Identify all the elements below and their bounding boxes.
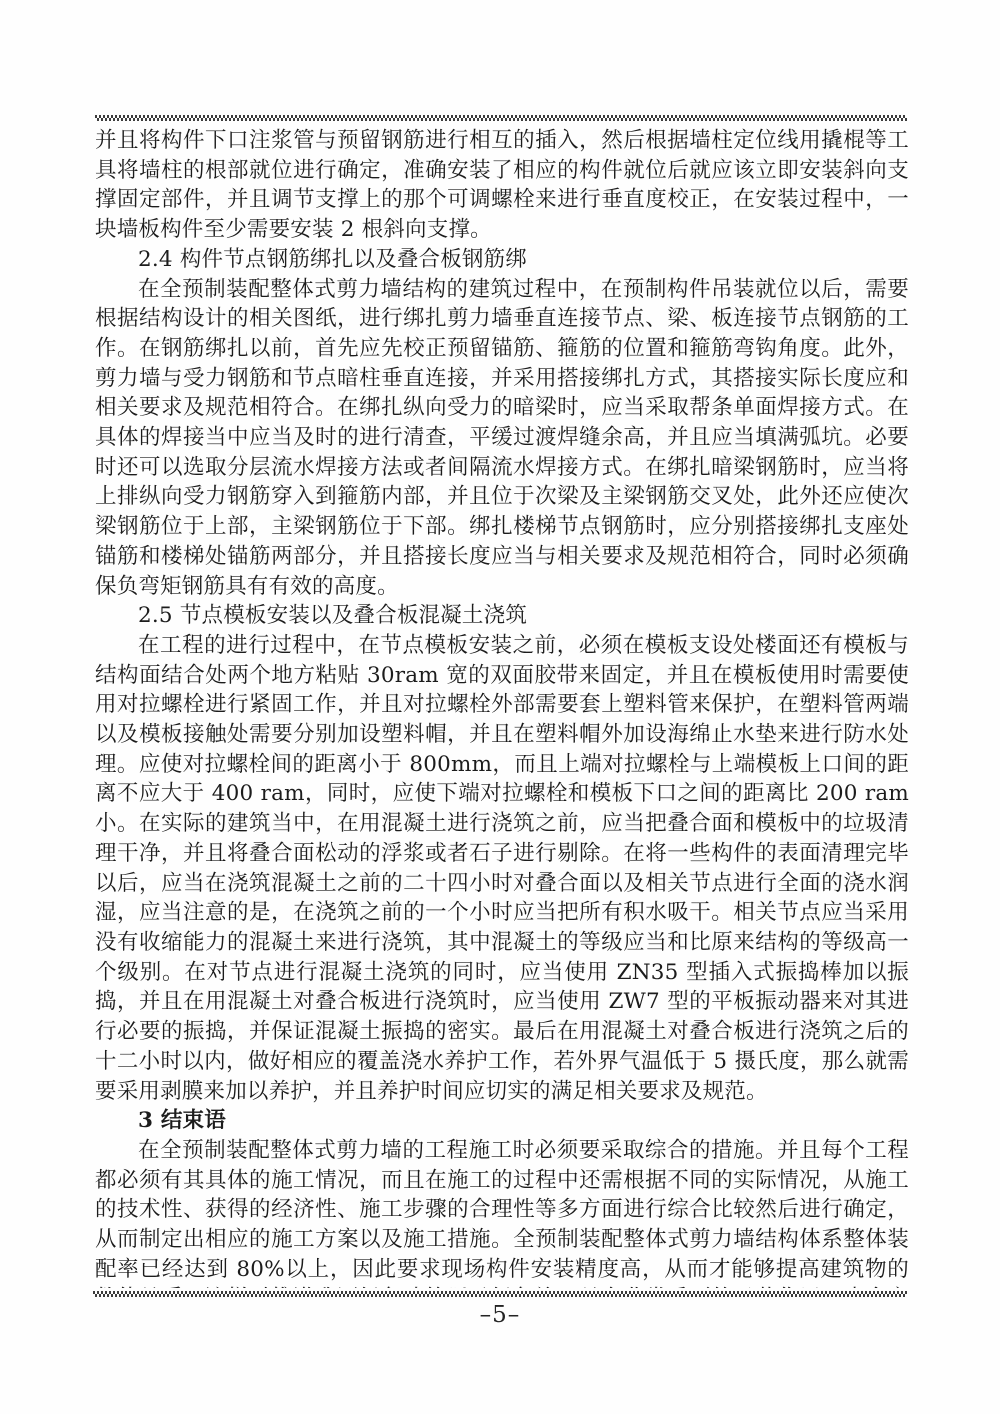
- page-number: –5–: [0, 1302, 1000, 1328]
- document-blocks: 并且将构件下口注浆管与预留钢筋进行相互的插入，然后根据墙柱定位线用撬棍等工具将墙…: [95, 126, 909, 1288]
- body-paragraph: 在全预制装配整体式剪力墙的工程施工时必须要采取综合的措施。并且每个工程都必须有其…: [95, 1136, 909, 1288]
- bottom-decorative-border: [93, 1291, 907, 1297]
- section-heading: 2.4 构件节点钢筋绑扎以及叠合板钢筋绑: [95, 245, 909, 275]
- section-heading: 3 结束语: [95, 1106, 909, 1136]
- body-paragraph: 并且将构件下口注浆管与预留钢筋进行相互的插入，然后根据墙柱定位线用撬棍等工具将墙…: [95, 126, 909, 245]
- body-paragraph: 在全预制装配整体式剪力墙结构的建筑过程中，在预制构件吊装就位以后，需要根据结构设…: [95, 275, 909, 602]
- top-decorative-border: [95, 115, 907, 121]
- document-page: 并且将构件下口注浆管与预留钢筋进行相互的插入，然后根据墙柱定位线用撬棍等工具将墙…: [0, 0, 1000, 1414]
- section-heading: 2.5 节点模板安装以及叠合板混凝土浇筑: [95, 601, 909, 631]
- body-paragraph: 在工程的进行过程中，在节点模板安装之前，必须在模板支设处楼面还有模板与结构面结合…: [95, 631, 909, 1106]
